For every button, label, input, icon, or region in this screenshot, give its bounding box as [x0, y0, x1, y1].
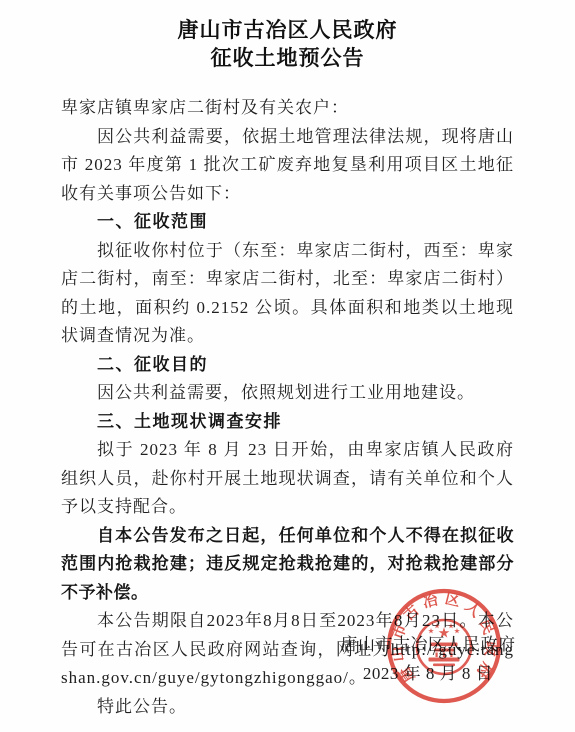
section-3-heading: 三、土地现状调查安排: [61, 408, 514, 437]
doc-title-line2: 征收土地预公告: [0, 44, 575, 72]
official-seal: 唐山市古冶区人民政府: [384, 586, 504, 706]
seal-arc-text: 唐山市古冶区人民政府: [388, 589, 501, 686]
section-3-paragraph: 拟于 2023 年 8 月 23 日开始，由卑家店镇人民政府组织人员，赴你村开展…: [61, 436, 514, 522]
intro-paragraph: 因公共利益需要，依据土地管理法律法规，现将唐山市 2023 年度第 1 批次工矿…: [61, 123, 514, 209]
announcement-document: 唐山市古冶区人民政府 征收土地预公告 卑家店镇卑家店二街村及有关农户： 因公共利…: [0, 0, 575, 732]
national-emblem-icon: [417, 620, 471, 674]
section-1-heading: 一、征收范围: [61, 208, 514, 237]
section-1-paragraph: 拟征收你村位于（东至：卑家店二街村，西至：卑家店二街村，南至：卑家店二街村，北至…: [61, 237, 514, 351]
salutation: 卑家店镇卑家店二街村及有关农户：: [61, 94, 514, 123]
section-2-paragraph: 因公共利益需要，依照规划进行工业用地建设。: [61, 379, 514, 408]
doc-title-line1: 唐山市古冶区人民政府: [0, 16, 575, 44]
svg-text:唐山市古冶区人民政府: 唐山市古冶区人民政府: [388, 589, 501, 686]
section-2-heading: 二、征收目的: [61, 351, 514, 380]
